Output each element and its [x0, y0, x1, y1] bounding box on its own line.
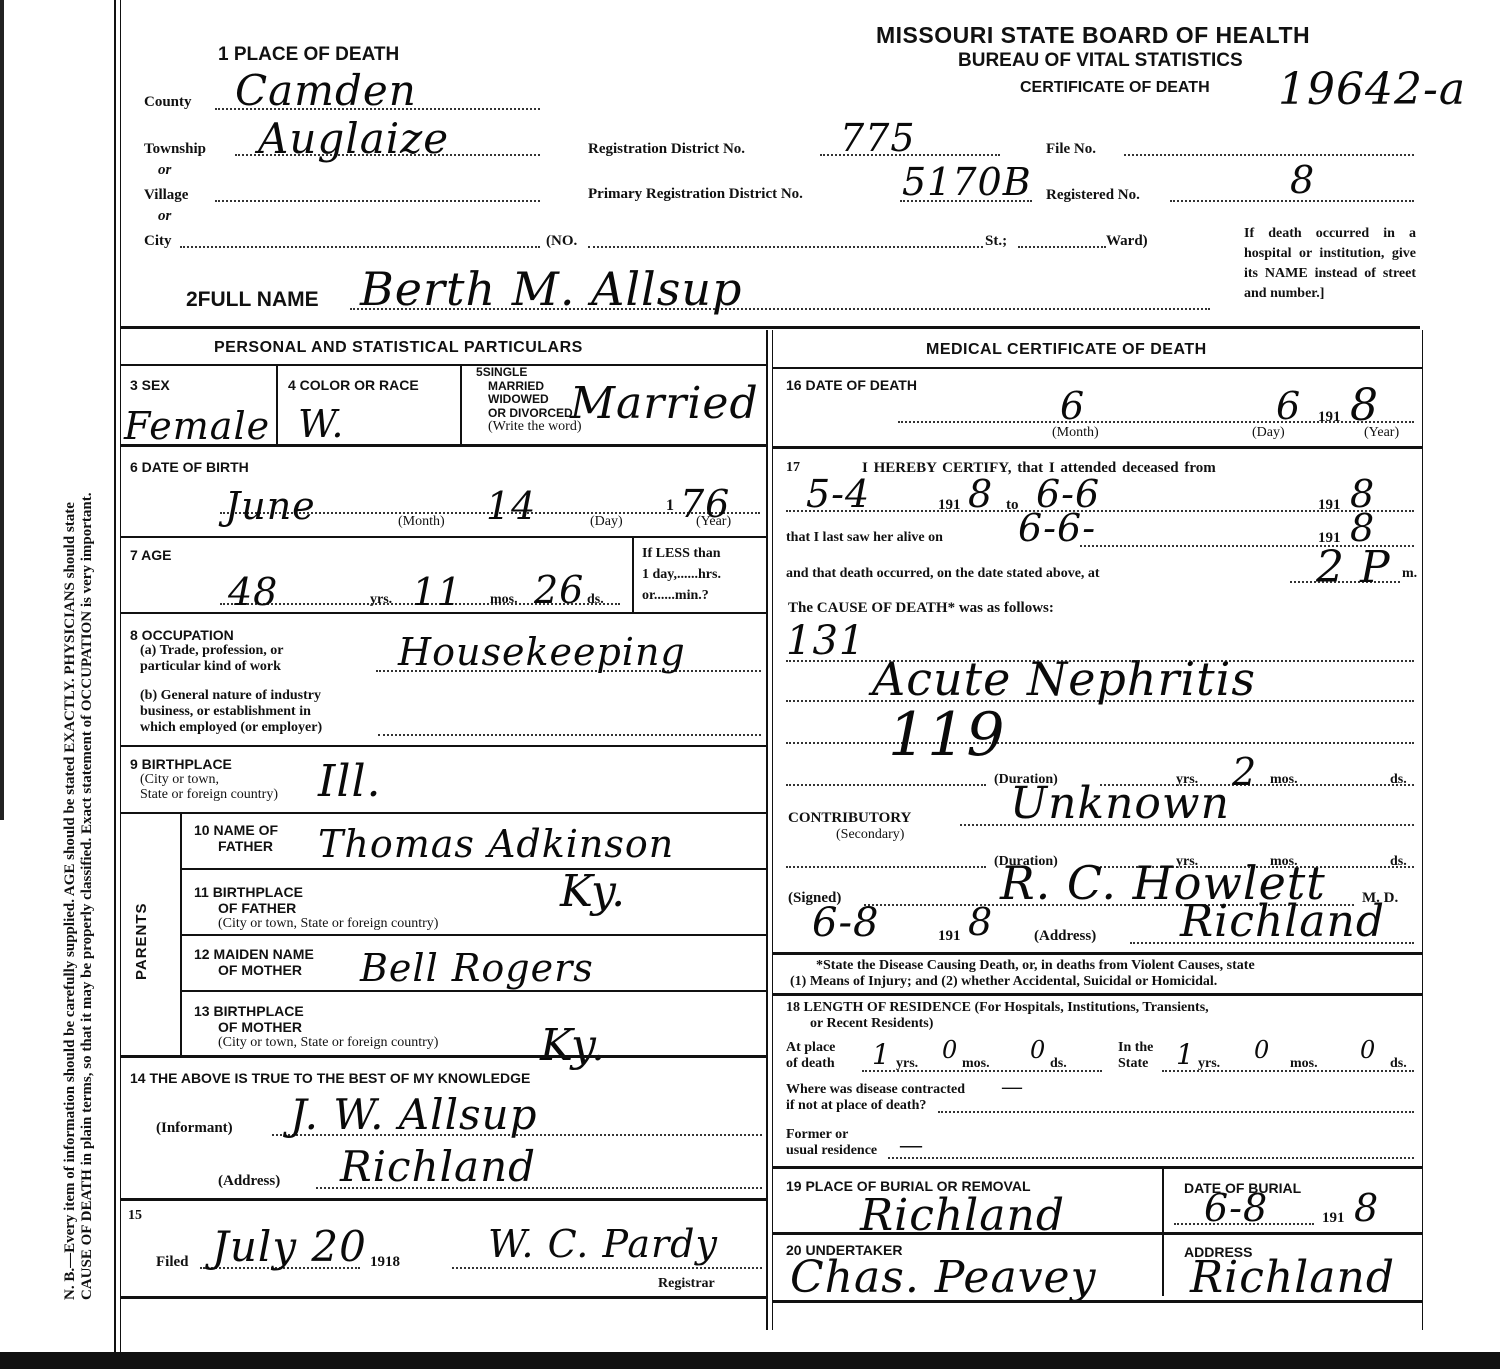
res-label2: or Recent Residents): [786, 1016, 1209, 1032]
father-birthplace-value: Ky.: [560, 866, 626, 917]
res-place-ds-label: ds.: [1050, 1056, 1067, 1072]
ward-label: Ward): [1106, 233, 1148, 250]
occ-b3: which employed (or employer): [140, 720, 322, 736]
mbp-label3: (City or town, State or foreign country): [194, 1035, 438, 1051]
marital-widowed: WIDOWED: [476, 392, 549, 406]
contracted-value: —: [1002, 1076, 1022, 1099]
center-divider-inner: [772, 330, 773, 1330]
dob-year-prefix: 1: [666, 497, 674, 515]
st-label: St.;: [985, 233, 1007, 250]
physician-address-label: (Address): [1034, 928, 1096, 945]
undertaker-address-value: Richland: [1190, 1252, 1395, 1303]
cause-code: 131: [786, 618, 865, 664]
marital-write: (Write the word): [476, 419, 582, 434]
res-label1: 18 LENGTH OF RESIDENCE (For Hospitals, I…: [786, 1000, 1209, 1016]
duration2-ds-label: ds.: [1390, 854, 1407, 870]
father-label1: 10 NAME OF: [194, 822, 278, 838]
res-state-yrs-label: yrs.: [1198, 1056, 1220, 1072]
duration-mos-value: 2: [1232, 750, 1257, 794]
birthplace-label: 9 BIRTHPLACE: [130, 756, 232, 772]
less-line1: If LESS than: [642, 543, 721, 564]
marital-single: SINGLE: [483, 365, 528, 379]
dob-month: June: [225, 484, 316, 528]
ward-line: [1018, 246, 1106, 248]
footnote1: *State the Disease Causing Death, or, in…: [790, 958, 1255, 974]
city-label: City: [144, 233, 172, 250]
in-state2: State: [1118, 1056, 1153, 1072]
death-time-suffix: m.: [1402, 566, 1417, 582]
secondary-label: (Secondary): [836, 827, 904, 843]
attend-to-year-prefix: 191: [1318, 497, 1341, 514]
burial-year: 8: [1354, 1186, 1379, 1230]
occupation-label: 8 OCCUPATION: [130, 627, 234, 643]
dod-year-caption: (Year): [1364, 425, 1399, 441]
frame-left-inner: [120, 0, 121, 1352]
res-place-yrs: 1: [872, 1038, 891, 1071]
duration-mos-label: mos.: [1270, 772, 1298, 788]
informant-address-label: (Address): [218, 1173, 280, 1190]
age-yrs-label: yrs.: [370, 592, 392, 608]
bp-sub1: (City or town,: [140, 772, 278, 787]
res-state-ds: 0: [1360, 1036, 1376, 1064]
age-years: 48: [228, 570, 278, 614]
filed-label: Filed: [156, 1254, 189, 1271]
file-no-label: File No.: [1046, 141, 1096, 158]
res-state-mos: 0: [1254, 1036, 1270, 1064]
res-state-ds-label: ds.: [1390, 1056, 1407, 1072]
duration-ds-label: ds.: [1390, 772, 1407, 788]
former-residence-label: Former or usual residence: [786, 1127, 877, 1159]
village-label: Village: [144, 187, 188, 204]
in-state-label: In the State: [1118, 1040, 1153, 1072]
side-note-line2: CAUSE OF DEATH in plain terms, so that i…: [79, 493, 96, 1300]
physician-address: Richland: [1180, 896, 1385, 947]
street-no-label: (NO.: [546, 233, 577, 250]
registration-district-value: 775: [840, 116, 916, 160]
full-name-value: Berth M. Allsup: [360, 262, 742, 316]
primary-district-label: Primary Registration District No.: [588, 186, 803, 203]
board-title: MISSOURI STATE BOARD OF HEALTH: [876, 22, 1310, 49]
cause-label: The CAUSE OF DEATH* was as follows:: [788, 600, 1054, 617]
dod-label: 16 DATE OF DEATH: [786, 377, 917, 393]
attend-from: 5-4: [806, 472, 870, 516]
at-place1: At place: [786, 1040, 835, 1056]
to-label: to: [1006, 497, 1019, 514]
scan-bottom-edge: [0, 1352, 1500, 1369]
less-than-day: If LESS than 1 day,......hrs. or......mi…: [642, 543, 721, 606]
res-place-mos-label: mos.: [962, 1056, 990, 1072]
signed-year: 8: [968, 900, 993, 944]
certificate-number: 19642-a: [1278, 64, 1466, 115]
father-name-label: 10 NAME OF FATHER: [194, 822, 278, 854]
informant-label: (Informant): [156, 1120, 233, 1137]
registered-no-label: Registered No.: [1046, 187, 1140, 204]
bureau-title: BUREAU OF VITAL STATISTICS: [958, 50, 1243, 72]
in-state1: In the: [1118, 1040, 1153, 1056]
certify-num: 17: [786, 460, 800, 476]
dod-day: 6: [1276, 384, 1301, 428]
contracted-label: Where was disease contracted if not at p…: [786, 1082, 965, 1114]
filed-year: 1918: [370, 1254, 400, 1271]
contributory-label: CONTRIBUTORY: [788, 810, 911, 827]
city-line: [180, 246, 540, 248]
primary-district-value: 5170B: [902, 160, 1032, 204]
birthplace-sublabel: (City or town, State or foreign country): [140, 772, 278, 802]
full-name-label: 2FULL NAME: [186, 288, 319, 312]
mbp-label2: OF MOTHER: [194, 1019, 438, 1035]
informant-address-value: Richland: [340, 1142, 536, 1191]
former2: usual residence: [786, 1143, 877, 1159]
mother-name-value: Bell Rogers: [360, 946, 594, 990]
burial-year-prefix: 191: [1322, 1210, 1345, 1227]
file-no-line: [1124, 154, 1414, 156]
fbp-label3: (City or town, State or foreign country): [194, 916, 438, 932]
age-mos-label: mos.: [490, 592, 518, 608]
contracted1: Where was disease contracted: [786, 1082, 965, 1098]
attend-from-year-prefix: 191: [938, 497, 961, 514]
age-months: 11: [412, 570, 462, 614]
dob-year-caption: (Year): [696, 514, 731, 530]
birthplace-value: Ill.: [318, 756, 382, 807]
last-saw-value: 6-6-: [1018, 506, 1096, 550]
informant-value: J. W. Allsup: [290, 1090, 538, 1139]
mother-birthplace-value: Ky.: [540, 1020, 606, 1071]
signed-year-prefix: 191: [938, 928, 961, 945]
true-statement: 14 THE ABOVE IS TRUE TO THE BEST OF MY K…: [130, 1070, 530, 1086]
occupation-value: Housekeeping: [398, 630, 686, 674]
frame-right: [1422, 330, 1423, 1330]
res-place-mos: 0: [942, 1036, 958, 1064]
less-line2: 1 day,......hrs.: [642, 564, 721, 585]
main-divider: [120, 326, 1420, 329]
dob-day: 14: [486, 484, 536, 528]
age-label: 7 AGE: [130, 547, 172, 563]
mother-birthplace-label: 13 BIRTHPLACE OF MOTHER (City or town, S…: [194, 1003, 438, 1051]
death-time-label: and that death occurred, on the date sta…: [786, 566, 1100, 582]
county-label: County: [144, 94, 192, 111]
occ-a1: (a) Trade, profession, or: [140, 643, 284, 659]
registrar-signature: W. C. Pardy: [488, 1222, 718, 1266]
place-of-death-title: 1 PLACE OF DEATH: [218, 44, 399, 66]
bp-sub2: State or foreign country): [140, 787, 278, 802]
dod-year: 8: [1350, 380, 1379, 431]
father-name-value: Thomas Adkinson: [318, 822, 674, 866]
occupation-a-label: (a) Trade, profession, or particular kin…: [140, 643, 284, 675]
fbp-label1: 11 BIRTHPLACE: [194, 884, 438, 900]
marital-label: 5SINGLE MARRIED WIDOWED OR DIVORCED (Wri…: [476, 366, 582, 434]
father-label2: FATHER: [194, 838, 278, 854]
township-value: Auglaize: [258, 114, 449, 163]
registrar-label: Registrar: [658, 1276, 715, 1292]
medical-section-title: MEDICAL CERTIFICATE OF DEATH: [926, 341, 1207, 359]
registration-district-label: Registration District No.: [588, 141, 745, 158]
or-label-2: or: [158, 208, 171, 225]
personal-section-title: PERSONAL AND STATISTICAL PARTICULARS: [214, 339, 583, 357]
death-time-value: 2 P: [1316, 542, 1391, 593]
parents-label: PARENTS: [133, 902, 150, 980]
undertaker-value: Chas. Peavey: [790, 1252, 1096, 1303]
age-days: 26: [534, 568, 584, 612]
mother-label2: OF MOTHER: [194, 962, 314, 978]
mother-label1: 12 MAIDEN NAME: [194, 946, 314, 962]
cause-code-2: 119: [888, 700, 1006, 770]
race-label: 4 COLOR OR RACE: [288, 377, 419, 393]
res-place-yrs-label: yrs.: [896, 1056, 918, 1072]
former1: Former or: [786, 1127, 877, 1143]
res-place-ds: 0: [1030, 1036, 1046, 1064]
at-place-label: At place of death: [786, 1040, 835, 1072]
occupation-b-label: (b) General nature of industry business,…: [140, 688, 322, 736]
sex-label: 3 SEX: [130, 377, 170, 393]
street-line: [588, 246, 983, 248]
marital-value: Married: [570, 378, 759, 429]
dob-label: 6 DATE OF BIRTH: [130, 459, 249, 475]
occ-a2: particular kind of work: [140, 659, 284, 675]
side-note: N. B.—Every item of information should b…: [62, 493, 96, 1300]
sex-value: Female: [124, 404, 270, 448]
attend-from-year: 8: [968, 472, 993, 516]
residence-label: 18 LENGTH OF RESIDENCE (For Hospitals, I…: [786, 1000, 1209, 1032]
dod-month-caption: (Month): [1052, 425, 1099, 441]
scan-edge: [0, 0, 4, 820]
father-birthplace-label: 11 BIRTHPLACE OF FATHER (City or town, S…: [194, 884, 438, 932]
or-label: or: [158, 162, 171, 179]
township-label: Township: [144, 141, 206, 158]
contributory-value: Unknown: [1010, 778, 1230, 829]
side-note-line1: N. B.—Every item of information should b…: [62, 493, 79, 1300]
res-state-mos-label: mos.: [1290, 1056, 1318, 1072]
dod-day-caption: (Day): [1252, 425, 1285, 441]
race-value: W.: [298, 402, 345, 446]
at-place2: of death: [786, 1056, 835, 1072]
fbp-label2: OF FATHER: [194, 900, 438, 916]
age-ds-label: ds.: [587, 592, 604, 608]
filed-num: 15: [128, 1208, 142, 1224]
dob-day-caption: (Day): [590, 514, 623, 530]
dod-month: 6: [1060, 384, 1085, 428]
county-value: Camden: [235, 66, 417, 115]
certificate-title: CERTIFICATE OF DEATH: [1020, 79, 1210, 97]
footnote2: (1) Means of Injury; and (2) whether Acc…: [790, 974, 1255, 990]
marital-divorced: OR DIVORCED: [476, 406, 573, 420]
village-line: [215, 200, 540, 202]
hospital-note: If death occurred in a hospital or insti…: [1244, 224, 1416, 304]
cause-footnote: *State the Disease Causing Death, or, in…: [790, 958, 1255, 990]
marital-married: MARRIED: [476, 379, 544, 393]
less-line3: or......min.?: [642, 585, 721, 606]
dod-year-prefix: 191: [1318, 409, 1341, 426]
dob-month-caption: (Month): [398, 514, 445, 530]
res-state-yrs: 1: [1176, 1038, 1195, 1071]
burial-date-value: 6-8: [1204, 1186, 1268, 1230]
registered-no-value: 8: [1290, 158, 1315, 202]
mbp-label1: 13 BIRTHPLACE: [194, 1003, 438, 1019]
occ-b2: business, or establishment in: [140, 704, 322, 720]
mother-name-label: 12 MAIDEN NAME OF MOTHER: [194, 946, 314, 978]
last-saw-label: that I last saw her alive on: [786, 530, 943, 546]
cause-value: Acute Nephritis: [872, 652, 1256, 706]
signed-date: 6-8: [812, 900, 879, 946]
frame-left: [114, 0, 116, 1352]
center-divider: [766, 330, 768, 1330]
occ-b1: (b) General nature of industry: [140, 688, 322, 704]
filed-date: July 20: [212, 1222, 367, 1271]
former-residence-value: —: [900, 1132, 922, 1158]
marital-num: 5: [476, 365, 483, 379]
